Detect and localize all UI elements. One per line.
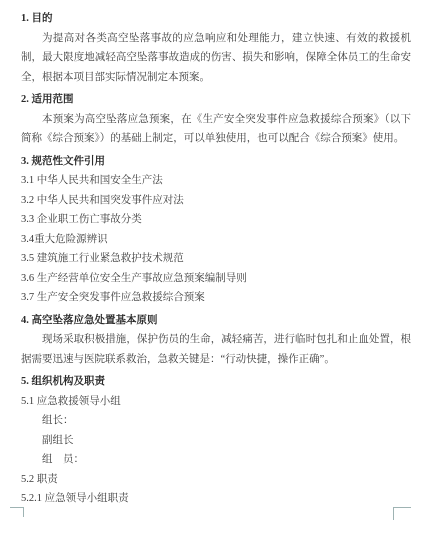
document-page: 1. 目的 为提高对各类高空坠落事故的应急响应和处理能力，建立快速、有效的救援机… — [0, 0, 428, 543]
item-group-members: 组 员： — [21, 450, 411, 470]
ref-item-3-3: 3.3 企业职工伤亡事故分类 — [21, 210, 411, 230]
item-group-leader: 组长： — [21, 411, 411, 431]
ref-item-3-2: 3.2 中华人民共和国突发事件应对法 — [21, 191, 411, 211]
item-deputy-leader: 副组长 — [21, 431, 411, 451]
heading-purpose: 1. 目的 — [21, 9, 411, 29]
page-margin-mark-bottom-right — [393, 507, 411, 520]
heading-scope: 2. 适用范围 — [21, 90, 411, 110]
ref-item-3-5: 3.5 建筑施工行业紧急救护技术规范 — [21, 249, 411, 269]
ref-item-3-7: 3.7 生产安全突发事件应急救援综合预案 — [21, 288, 411, 308]
paragraph-purpose: 为提高对各类高空坠落事故的应急响应和处理能力，建立快速、有效的救援机制，最大限度… — [21, 29, 411, 88]
item-leading-group-duties: 5.2.1 应急领导小组职责 — [21, 489, 411, 509]
heading-normative-refs: 3. 规范性文件引用 — [21, 152, 411, 172]
item-leading-group: 5.1 应急救援领导小组 — [21, 392, 411, 412]
ref-item-3-1: 3.1 中华人民共和国安全生产法 — [21, 171, 411, 191]
heading-basic-principles: 4. 高空坠落应急处置基本原则 — [21, 311, 411, 331]
item-duties: 5.2 职责 — [21, 470, 411, 490]
paragraph-scope: 本预案为高空坠落应急预案，在《生产安全突发事件应急救援综合预案》（以下简称《综合… — [21, 110, 411, 149]
paragraph-basic-principles: 现场采取积极措施，保护伤员的生命，减轻痛苦，进行临时包扎和止血处置，根据需要迅速… — [21, 330, 411, 369]
ref-item-3-4: 3.4重大危险源辨识 — [21, 230, 411, 250]
ref-item-3-6: 3.6 生产经营单位安全生产事故应急预案编制导则 — [21, 269, 411, 289]
page-margin-mark-bottom-left — [10, 507, 24, 517]
heading-organization: 5. 组织机构及职责 — [21, 372, 411, 392]
